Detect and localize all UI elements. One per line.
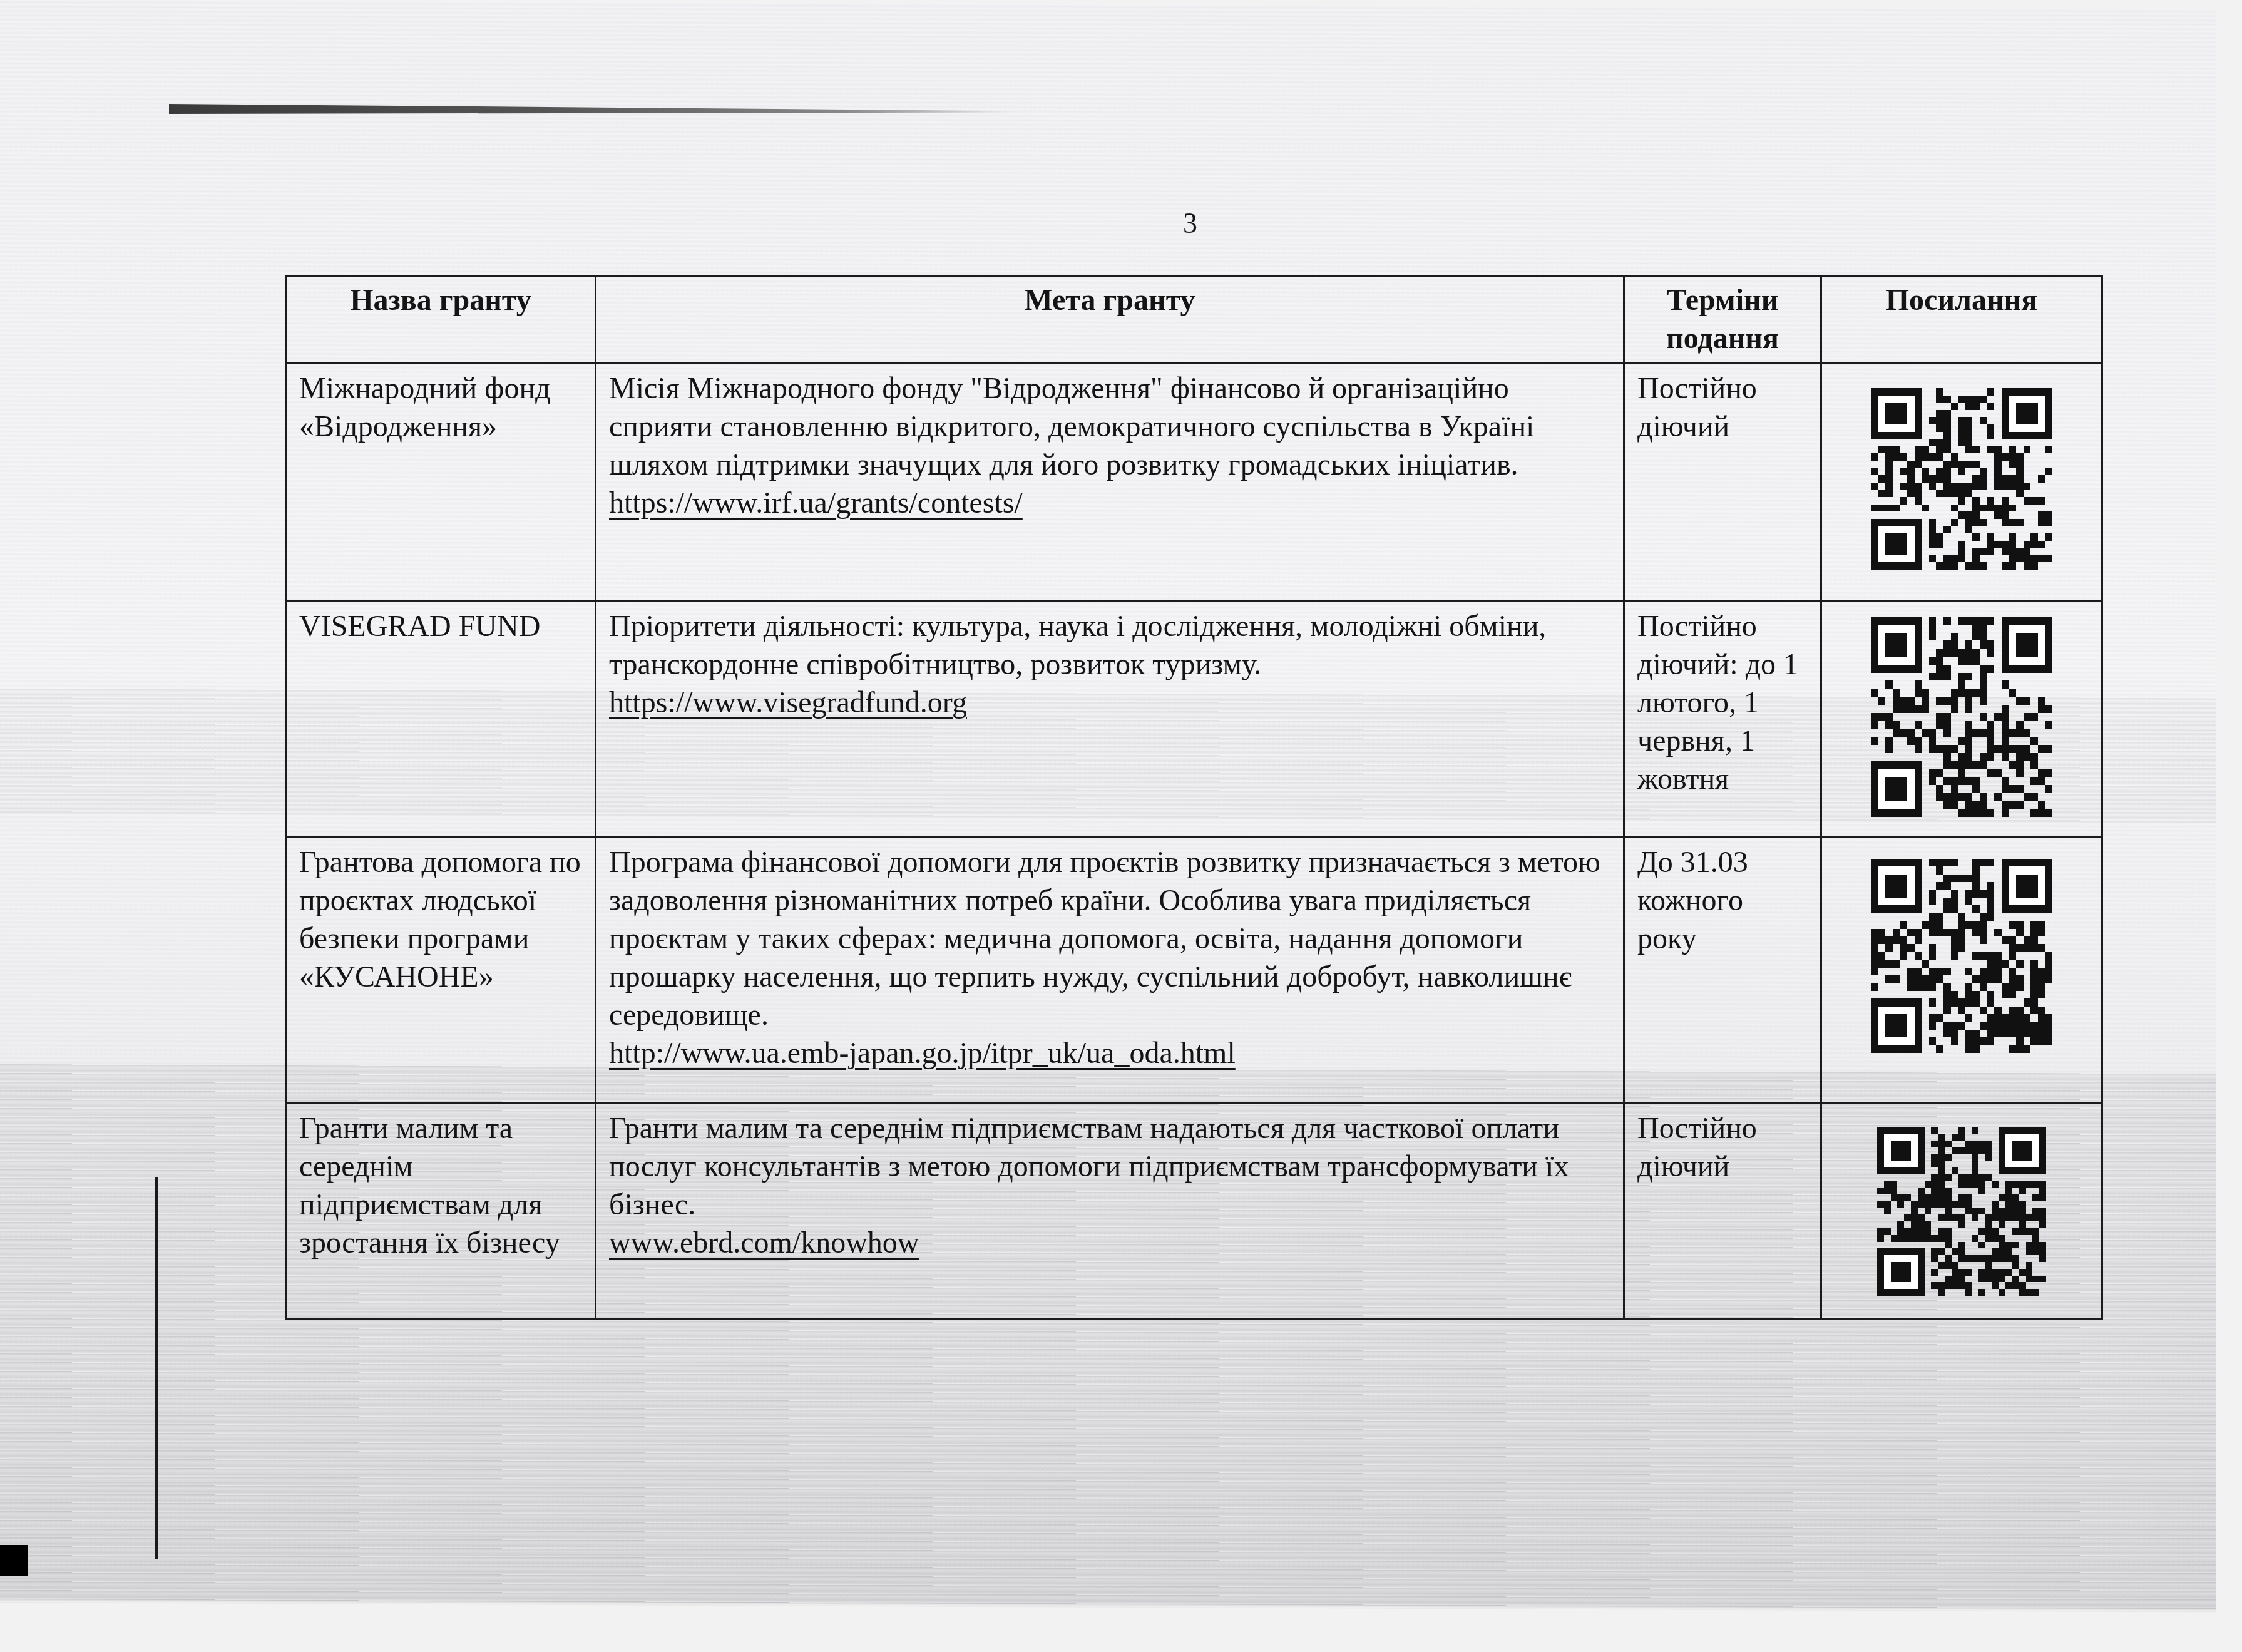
page-number: 3 [1183, 207, 1197, 240]
grant-url-link[interactable]: www.ebrd.com/knowhow [609, 1224, 1610, 1262]
grant-url-link[interactable]: https://www.irf.ua/grants/contests/ [609, 484, 1610, 522]
grant-url-link[interactable]: https://www.visegradfund.org [609, 684, 1610, 722]
table-row: Міжнародний фонд «Відродження» Місія Між… [286, 364, 2102, 602]
grant-purpose-cell: Програма фінансової допомоги для проєкті… [596, 838, 1624, 1104]
header-grant-purpose: Мета гранту [596, 277, 1624, 364]
table-row: Грантова допомога по проєктах людської б… [286, 838, 2102, 1104]
grant-deadline: До 31.03 кожного року [1624, 838, 1821, 1104]
qr-code-icon[interactable] [1871, 388, 2052, 570]
table-row: VISEGRAD FUND Пріоритети діяльності: кул… [286, 602, 2102, 838]
grant-qr-cell [1821, 838, 2102, 1104]
grant-qr-cell [1821, 602, 2102, 838]
scan-noise [0, 1327, 2216, 1612]
grants-table: Назва гранту Мета гранту Терміни подання… [285, 275, 2103, 1320]
grant-deadline: Постійно діючий [1624, 364, 1821, 602]
grant-purpose: Гранти малим та середнім підприємствам н… [609, 1112, 1569, 1221]
margin-line [155, 1177, 158, 1559]
table-header-row: Назва гранту Мета гранту Терміни подання… [286, 277, 2102, 364]
header-deadline: Терміни подання [1624, 277, 1821, 364]
header-grant-name: Назва гранту [286, 277, 596, 364]
grant-name: Гранти малим та середнім підприємствам д… [286, 1104, 596, 1320]
grant-purpose: Пріоритети діяльності: культура, наука і… [609, 610, 1546, 681]
header-link: Посилання [1821, 277, 2102, 364]
grant-name: VISEGRAD FUND [286, 602, 596, 838]
grant-name: Міжнародний фонд «Відродження» [286, 364, 596, 602]
table-row: Гранти малим та середнім підприємствам д… [286, 1104, 2102, 1320]
qr-code-icon[interactable] [1871, 617, 2052, 817]
qr-code-icon[interactable] [1877, 1127, 2046, 1296]
grant-deadline: Постійно діючий: до 1 лютого, 1 червня, … [1624, 602, 1821, 838]
grant-purpose-cell: Пріоритети діяльності: культура, наука і… [596, 602, 1624, 838]
grant-purpose: Програма фінансової допомоги для проєкті… [609, 846, 1600, 1032]
qr-code-icon[interactable] [1871, 859, 2052, 1053]
grant-qr-cell [1821, 364, 2102, 602]
grant-purpose-cell: Гранти малим та середнім підприємствам н… [596, 1104, 1624, 1320]
grant-deadline: Постійно діючий [1624, 1104, 1821, 1320]
grant-purpose: Місія Міжнародного фонду "Відродження" ф… [609, 372, 1534, 481]
grant-name: Грантова допомога по проєктах людської б… [286, 838, 596, 1104]
grant-purpose-cell: Місія Міжнародного фонду "Відродження" ф… [596, 364, 1624, 602]
grant-url-link[interactable]: http://www.ua.emb-japan.go.jp/itpr_uk/ua… [609, 1034, 1610, 1072]
scan-corner-mark [0, 1545, 28, 1576]
grant-qr-cell [1821, 1104, 2102, 1320]
